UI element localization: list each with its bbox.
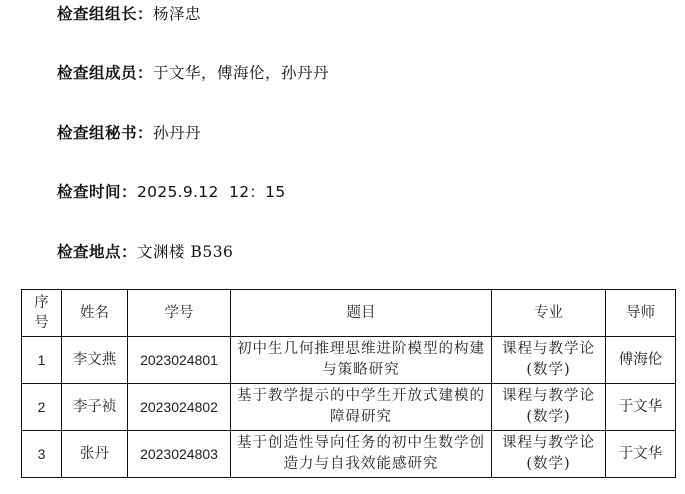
- header-advisor: 导师: [606, 290, 676, 337]
- members-value: 于文华，傅海伦，孙丹丹: [153, 64, 329, 82]
- location-label: 检查地点：: [57, 242, 137, 261]
- header-name: 姓名: [62, 290, 128, 337]
- time-label: 检查时间：: [57, 182, 137, 201]
- location-value: 文渊楼 B536: [137, 243, 233, 261]
- cell-title: 基于创造性导向任务的初中生数学创造力与自我效能感研究: [231, 431, 492, 478]
- cell-student-id: 2023024801: [128, 337, 231, 384]
- cell-name: 李文燕: [62, 337, 128, 384]
- cell-advisor: 于文华: [606, 384, 676, 431]
- secretary-value: 孙丹丹: [153, 124, 201, 142]
- header-major: 专业: [492, 290, 606, 337]
- cell-advisor: 于文华: [606, 431, 676, 478]
- cell-index: 3: [22, 431, 62, 478]
- cell-student-id: 2023024803: [128, 431, 231, 478]
- leader-label: 检查组组长：: [57, 4, 153, 23]
- cell-title: 基于教学提示的中学生开放式建模的障碍研究: [231, 384, 492, 431]
- table-row: 2 李子祯 2023024802 基于教学提示的中学生开放式建模的障碍研究 课程…: [22, 384, 676, 431]
- time-value: 2025.9.12 12：15: [137, 183, 286, 201]
- leader-line: 检查组组长：杨泽忠: [57, 2, 201, 24]
- time-line: 检查时间：2025.9.12 12：15: [57, 180, 286, 202]
- members-label: 检查组成员：: [57, 63, 153, 82]
- members-line: 检查组成员：于文华，傅海伦，孙丹丹: [57, 61, 329, 83]
- leader-value: 杨泽忠: [153, 5, 201, 23]
- table-row: 1 李文燕 2023024801 初中生几何推理思维进阶模型的构建与策略研究 课…: [22, 337, 676, 384]
- secretary-line: 检查组秘书：孙丹丹: [57, 121, 201, 143]
- table-header-row: 序号 姓名 学号 题目 专业 导师: [22, 290, 676, 337]
- cell-student-id: 2023024802: [128, 384, 231, 431]
- cell-major: 课程与教学论(数学): [492, 431, 606, 478]
- table-row: 3 张丹 2023024803 基于创造性导向任务的初中生数学创造力与自我效能感…: [22, 431, 676, 478]
- header-student-id: 学号: [128, 290, 231, 337]
- cell-name: 李子祯: [62, 384, 128, 431]
- location-line: 检查地点：文渊楼 B536: [57, 240, 233, 262]
- secretary-label: 检查组秘书：: [57, 123, 153, 142]
- header-index: 序号: [22, 290, 62, 337]
- cell-major: 课程与教学论(数学): [492, 384, 606, 431]
- header-title: 题目: [231, 290, 492, 337]
- cell-title: 初中生几何推理思维进阶模型的构建与策略研究: [231, 337, 492, 384]
- cell-advisor: 傅海伦: [606, 337, 676, 384]
- student-table: 序号 姓名 学号 题目 专业 导师 1 李文燕 2023024801 初中生几何…: [21, 289, 676, 478]
- cell-index: 2: [22, 384, 62, 431]
- cell-major: 课程与教学论(数学): [492, 337, 606, 384]
- cell-name: 张丹: [62, 431, 128, 478]
- cell-index: 1: [22, 337, 62, 384]
